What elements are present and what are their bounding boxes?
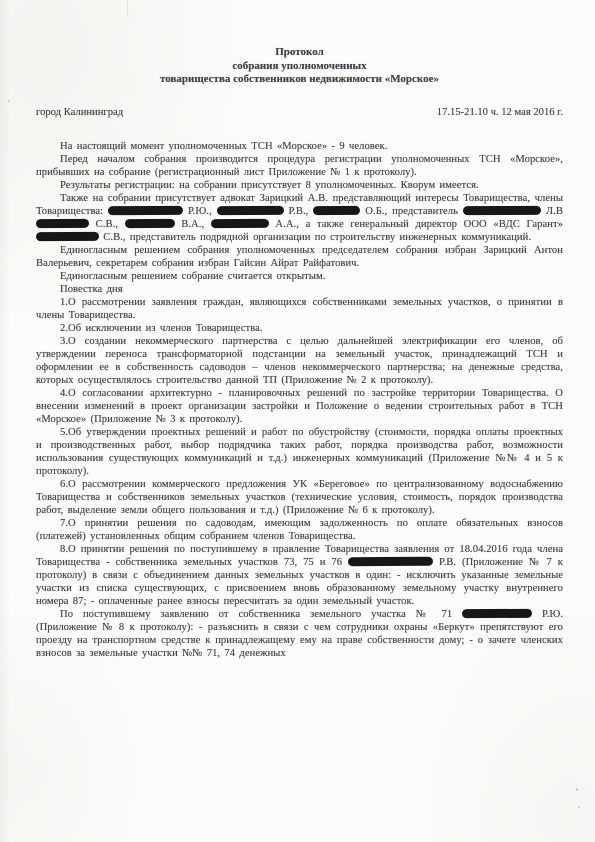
document-title: Протокол собрания уполномоченных товарищ…: [36, 46, 563, 87]
datetime-label: 17.15-21.10 ч. 12 мая 2016 г.: [437, 106, 563, 119]
scan-artifact: [8, 100, 10, 102]
attendees-text-8: А.А., а также генеральный директор ООО «…: [269, 219, 563, 230]
redaction-bar: [348, 556, 433, 565]
title-line-2: собрания уполномоченных: [36, 60, 563, 74]
attendees-text-5: Л.В: [541, 206, 563, 217]
attendees-text-6: С.В.,: [89, 219, 125, 230]
document-page: Протокол собрания уполномоченных товарищ…: [0, 0, 595, 842]
redaction-bar: [108, 205, 183, 214]
meta-row: город Калининград 17.15-21.10 ч. 12 мая …: [36, 106, 563, 119]
agenda-item-7: 7.О принятии решения по садоводам, имеющ…: [36, 517, 563, 543]
agenda-item-6: 6.О рассмотрении коммерческого предложен…: [36, 478, 563, 517]
title-line-1: Протокол: [36, 46, 563, 60]
attendees-text-9: С.В., представитель подрядной организаци…: [99, 232, 531, 243]
redaction-bar: [36, 231, 99, 240]
attendees-text-2: Р.Ю.,: [183, 206, 217, 217]
redaction-bar: [36, 218, 89, 227]
paragraph-registration-results: Результаты регистрации: на собрании прис…: [36, 179, 563, 192]
city-label: город Калининград: [36, 106, 123, 119]
agenda-item-1: 1.О рассмотрении заявления граждан, явля…: [36, 296, 563, 322]
redaction-bar: [211, 218, 269, 227]
redaction-bar: [463, 205, 541, 214]
paragraph-chairman-election: Единогласным решением собрания уполномоч…: [36, 244, 563, 270]
attendees-text-4: О.Б., представитель: [360, 206, 463, 217]
agenda-item-5: 5.Об утверждении проектных решений и раб…: [36, 426, 563, 478]
attendees-text-3: Р.В.,: [284, 206, 314, 217]
plot71-text-1: По поступившему заявлению от собственник…: [60, 609, 462, 620]
agenda-item-3: 3.О создании некоммерческого партнерства…: [36, 335, 563, 387]
scan-artifact: [578, 806, 580, 808]
agenda-item-4: 4.О согласовании архитектурно - планиров…: [36, 387, 563, 426]
redaction-bar: [313, 205, 360, 214]
redaction-bar: [125, 218, 175, 227]
paragraph-registration-procedure: Перед началом собрания производится проц…: [36, 153, 563, 179]
agenda-item-8: 8.О принятии решения по поступившему в п…: [36, 543, 563, 608]
redaction-bar: [462, 608, 532, 617]
scan-artifact: [576, 788, 578, 791]
paragraph-attendees: Также на собрании присутствует адвокат З…: [36, 192, 563, 244]
title-line-3: товарищества собственников недвижимости …: [36, 73, 563, 87]
scan-artifact: [127, 0, 128, 16]
attendees-text-7: В.А.,: [175, 219, 211, 230]
agenda-heading: Повестка дня: [36, 283, 563, 296]
agenda-item-2: 2.Об исключении из членов Товарищества.: [36, 322, 563, 335]
paragraph-meeting-opened: Единогласным решением собрание считается…: [36, 270, 563, 283]
redaction-bar: [217, 205, 284, 214]
paragraph-members-count: На настоящий момент уполномоченных ТСН «…: [36, 140, 563, 153]
paragraph-plot71-request: По поступившему заявлению от собственник…: [36, 608, 563, 660]
